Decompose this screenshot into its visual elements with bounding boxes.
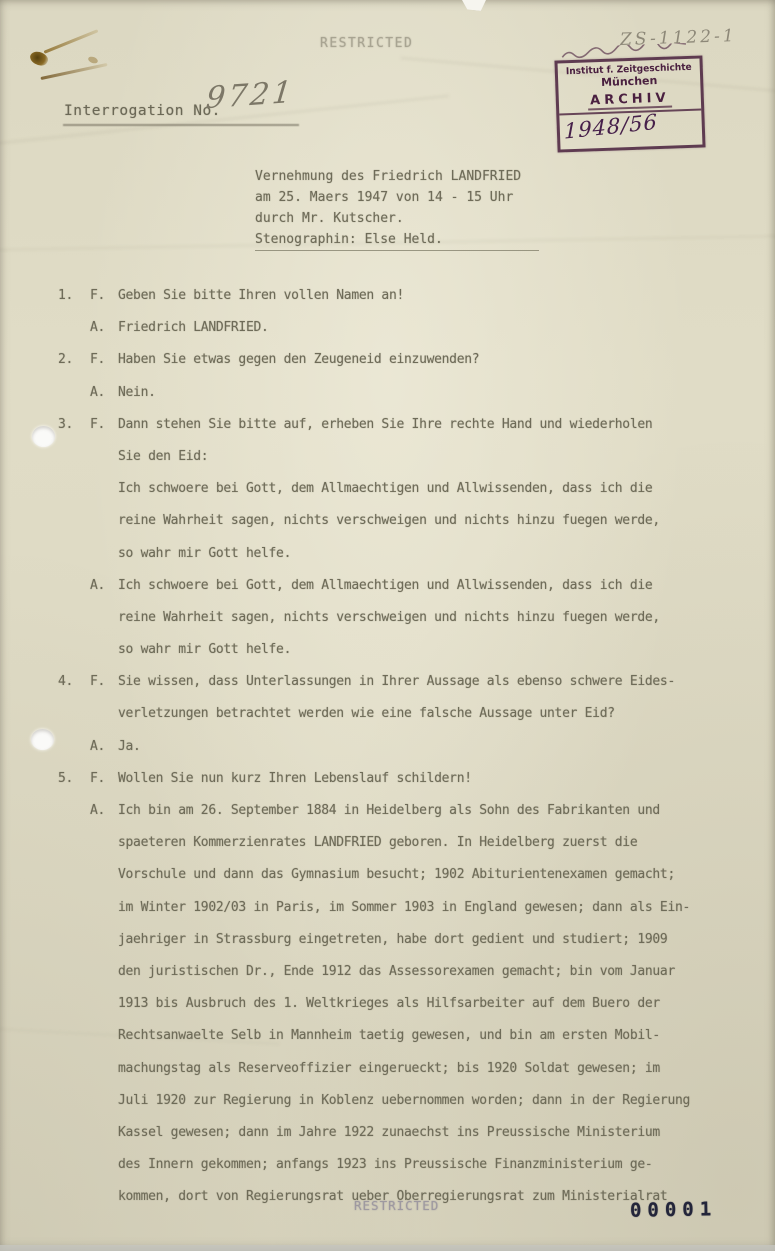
qa-line: 3.F.Dann stehen Sie bitte auf, erheben S…	[0, 417, 775, 449]
interrogation-number-label: Interrogation No.	[64, 103, 221, 119]
torn-notch	[462, 0, 486, 11]
qa-line: Ich schwoere bei Gott, dem Allmaechtigen…	[0, 481, 775, 513]
header-subject-line: Vernehmung des Friedrich LANDFRIED	[255, 166, 539, 187]
qa-line: 2.F.Haben Sie etwas gegen den Zeugeneid …	[0, 352, 775, 384]
qa-line: A.Ich bin am 26. September 1884 in Heide…	[0, 803, 775, 835]
page-number-stamp: 00001	[630, 1198, 718, 1222]
qa-line: Vorschule und dann das Gymnasium besucht…	[0, 867, 775, 899]
qa-line: 4.F.Sie wissen, dass Unterlassungen in I…	[0, 674, 775, 706]
document-header: Vernehmung des Friedrich LANDFRIED am 25…	[255, 166, 539, 251]
stamp-accession-number: 1948/56	[564, 110, 658, 144]
header-interrogator-line: durch Mr. Kutscher.	[255, 208, 539, 229]
stamp-archiv-label: ARCHIV	[588, 91, 672, 111]
qa-line: verletzungen betrachtet werden wie eine …	[0, 706, 775, 738]
qa-line: so wahr mir Gott helfe.	[0, 642, 775, 674]
qa-line: des Innern gekommen; anfangs 1923 ins Pr…	[0, 1157, 775, 1189]
qa-line: A.Ich schwoere bei Gott, dem Allmaechtig…	[0, 578, 775, 610]
rust-stain	[40, 63, 107, 80]
qa-line: Rechtsanwaelte Selb in Mannheim taetig g…	[0, 1028, 775, 1060]
qa-line: Juli 1920 zur Regierung in Koblenz ueber…	[0, 1093, 775, 1125]
qa-line: A.Friedrich LANDFRIED.	[0, 320, 775, 352]
qa-line: machungstag als Reserveoffizier eingerue…	[0, 1061, 775, 1093]
rust-stain	[87, 55, 98, 64]
qa-line: reine Wahrheit sagen, nichts verschweige…	[0, 610, 775, 642]
scan-edge	[0, 1245, 775, 1251]
qa-line: 1.F.Geben Sie bitte Ihren vollen Namen a…	[0, 288, 775, 320]
rust-stain	[44, 29, 99, 54]
qa-line: jaehriger in Strassburg eingetreten, hab…	[0, 932, 775, 964]
rust-stain	[28, 48, 50, 68]
qa-line: A.Ja.	[0, 739, 775, 771]
archive-stamp: Institut f. Zeitgeschichte München ARCHI…	[554, 55, 705, 152]
qa-line: spaeteren Kommerzienrates LANDFRIED gebo…	[0, 835, 775, 867]
qa-line: 5.F.Wollen Sie nun kurz Ihren Lebenslauf…	[0, 771, 775, 803]
header-stenographer-line: Stenographin: Else Held.	[255, 229, 539, 251]
qa-line: den juristischen Dr., Ende 1912 das Asse…	[0, 964, 775, 996]
interrogation-transcript: 1.F.Geben Sie bitte Ihren vollen Namen a…	[0, 288, 775, 1221]
header-date-line: am 25. Maers 1947 von 14 - 15 Uhr	[255, 187, 539, 208]
qa-line: Kassel gewesen; dann im Jahre 1922 zunae…	[0, 1125, 775, 1157]
qa-line: 1913 bis Ausbruch des 1. Weltkrieges als…	[0, 996, 775, 1028]
classification-marking-top: RESTRICTED	[320, 36, 413, 51]
qa-line: im Winter 1902/03 in Paris, im Sommer 19…	[0, 900, 775, 932]
scanned-document-page: RESTRICTED ZS-1122-1 Institut f. Zeitges…	[0, 0, 775, 1251]
qa-line: Sie den Eid:	[0, 449, 775, 481]
qa-line: reine Wahrheit sagen, nichts verschweige…	[0, 513, 775, 545]
qa-line: so wahr mir Gott helfe.	[0, 546, 775, 578]
interrogation-number-handwritten: 9721	[204, 75, 296, 117]
interrogation-number-underline	[63, 124, 299, 126]
qa-line: A.Nein.	[0, 385, 775, 417]
classification-marking-bottom: RESTRICTED	[354, 1198, 439, 1213]
